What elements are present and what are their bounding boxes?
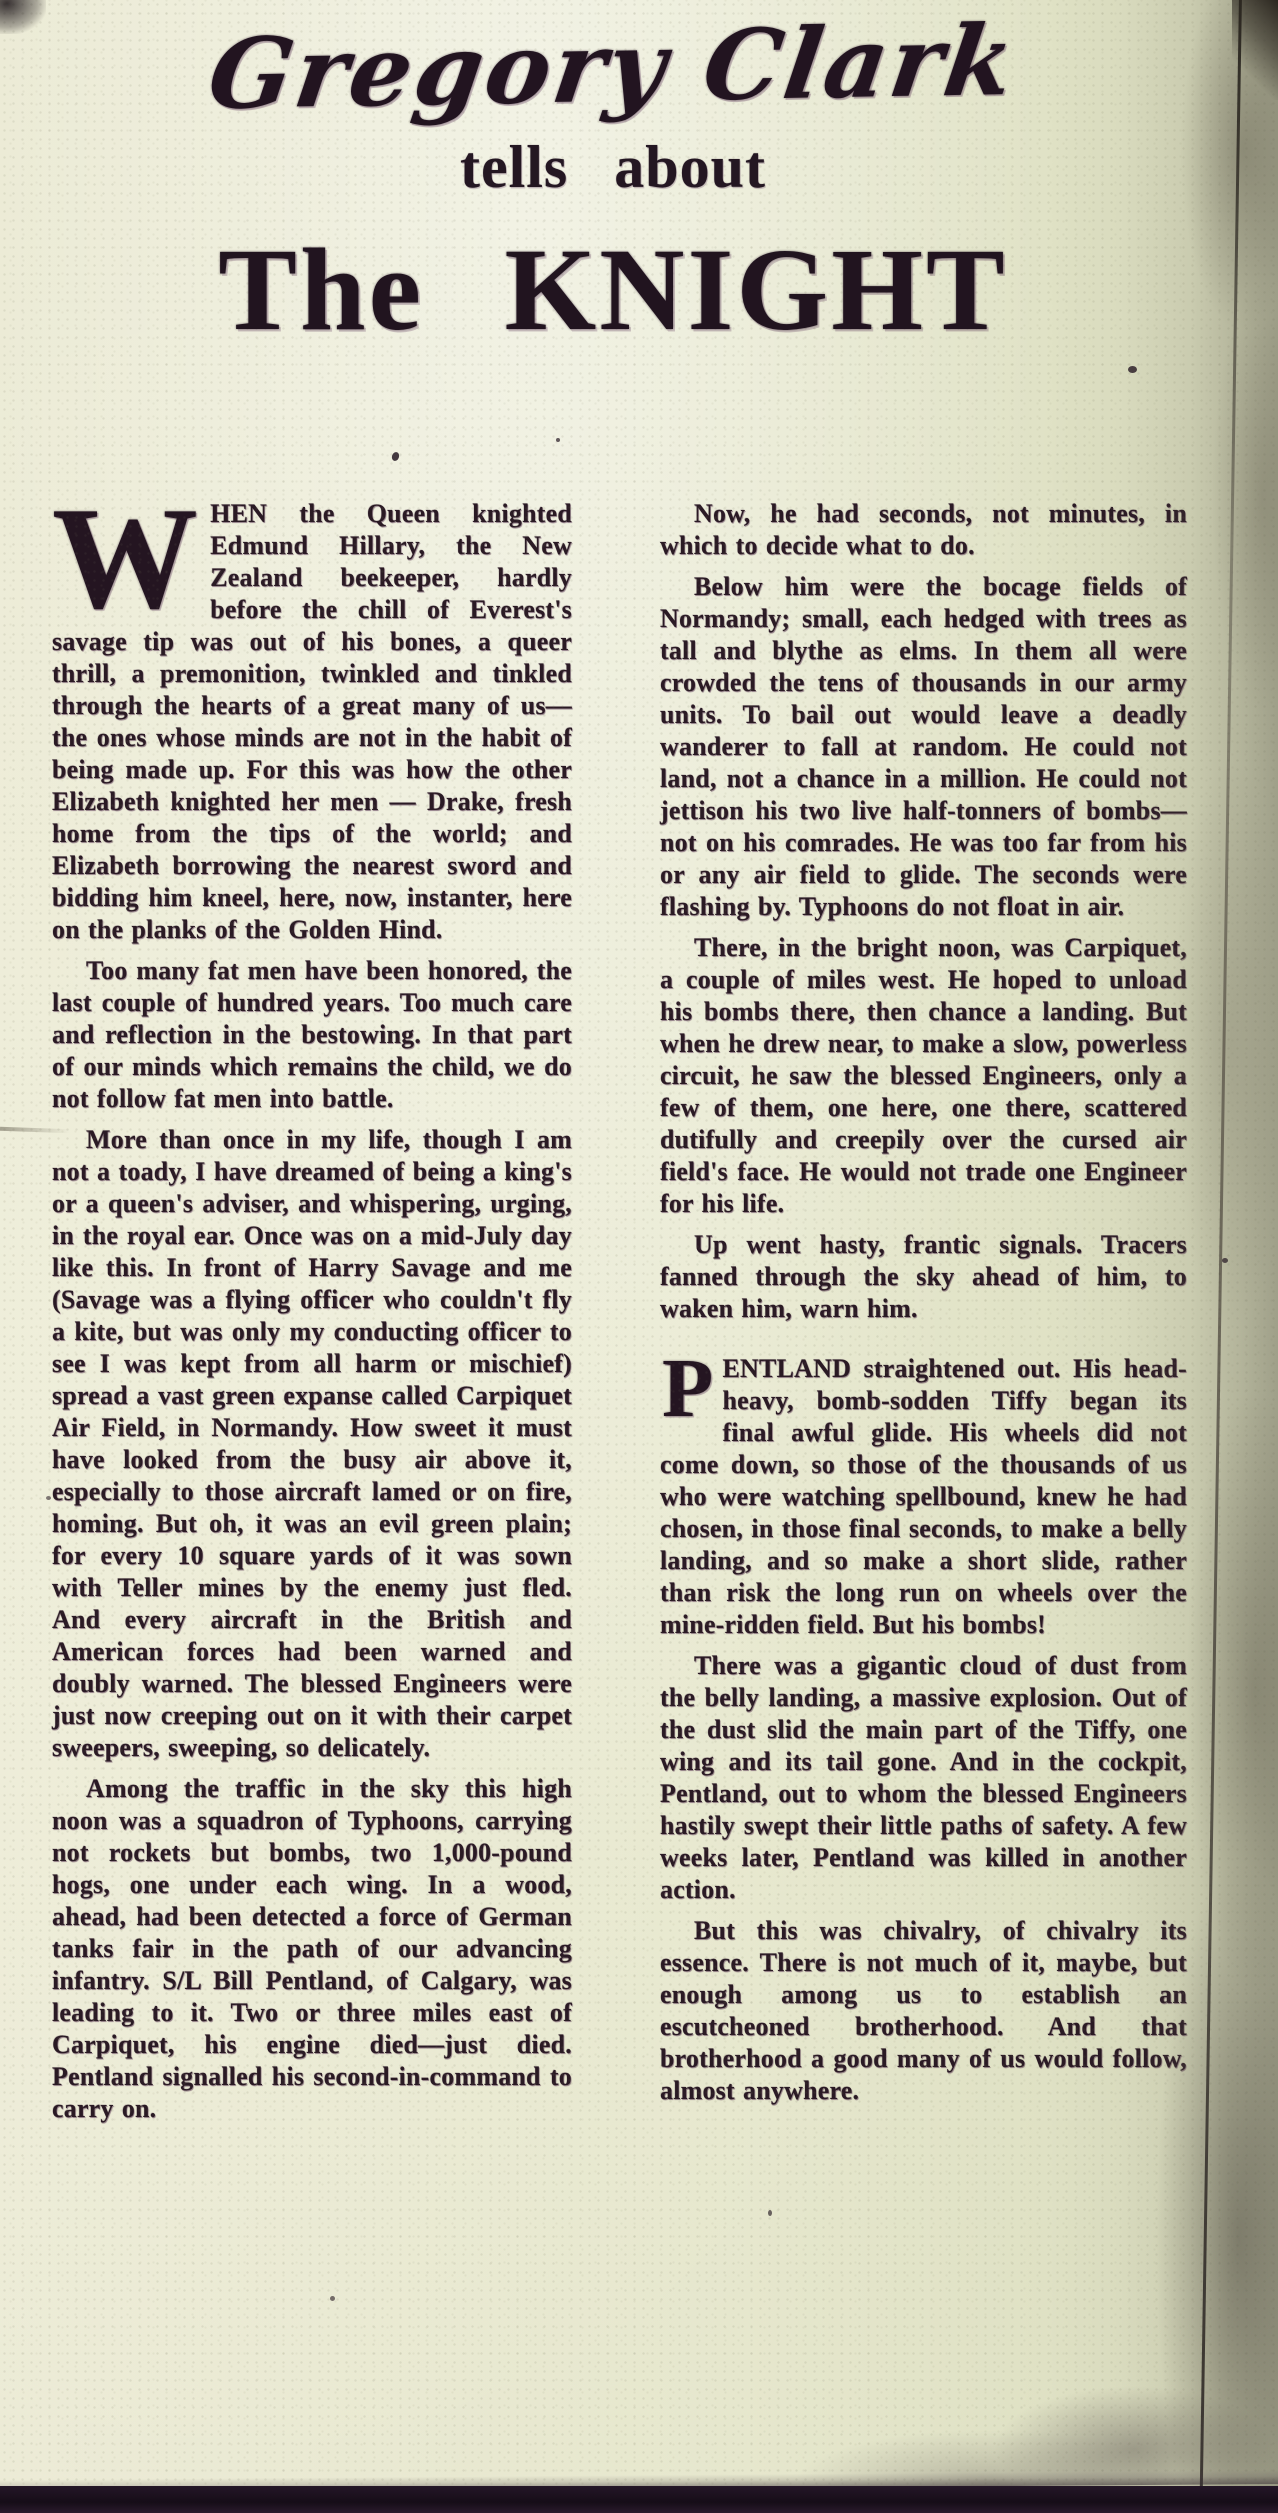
paragraph-fat-men: Too many fat men have been honored, the … — [52, 955, 572, 1115]
paragraph-seconds-to-decide: Now, he had seconds, not minutes, in whi… — [660, 498, 1187, 562]
paragraph-text: Below him were the bocage fields of Norm… — [660, 572, 1187, 921]
article-header: Gregory Clark tells about The KNIGHT — [28, 0, 1198, 498]
scan-grime-bottom-right — [798, 2273, 1278, 2493]
paragraph-bocage-fields: Below him were the bocage fields of Norm… — [660, 571, 1187, 923]
paragraph-chivalry: But this was chivalry, of chivalry its e… — [660, 1915, 1187, 2107]
paragraph-text: There, in the bright noon, was Carpiquet… — [660, 933, 1187, 1218]
paragraph-carpiquet-field: More than once in my life, though I am n… — [52, 1124, 572, 1764]
newspaper-clipping-scan: Gregory Clark tells about The KNIGHT WHE… — [0, 0, 1278, 2513]
drop-cap-p: P — [660, 1353, 723, 1418]
paragraph-text: Too many fat men have been honored, the … — [52, 956, 572, 1113]
paragraph-text: Among the traffic in the sky this high n… — [52, 1774, 572, 2123]
drop-cap-w: W — [52, 498, 210, 608]
paragraph-text: There was a gigantic cloud of dust from … — [660, 1651, 1187, 1904]
article-tagline: tells about — [28, 137, 1198, 197]
paragraph-cloud-of-dust: There was a gigantic cloud of dust from … — [660, 1650, 1187, 1906]
article-headline: The KNIGHT — [28, 231, 1198, 349]
scan-shadow-above-band — [0, 2470, 1278, 2494]
ink-speck — [768, 2210, 772, 2216]
paragraph-text: But this was chivalry, of chivalry its e… — [660, 1916, 1187, 2105]
paragraph-pentland-glide: PENTLAND straightened out. His head-heav… — [660, 1353, 1187, 1641]
scan-bottom-dark-band — [0, 2486, 1278, 2513]
paragraph-text: Now, he had seconds, not minutes, in whi… — [660, 499, 1187, 560]
article-columns: WHEN the Queen knighted Edmund Hillary, … — [0, 498, 1278, 2134]
ink-speck — [330, 2296, 335, 2301]
left-column: WHEN the Queen knighted Edmund Hillary, … — [52, 498, 572, 2134]
paragraph-text: ENTLAND straightened out. His head-heavy… — [660, 1354, 1187, 1639]
right-column: Now, he had seconds, not minutes, in whi… — [660, 498, 1187, 2116]
author-script-title: Gregory Clark — [203, 7, 1024, 128]
paragraph-queen-knighted: WHEN the Queen knighted Edmund Hillary, … — [52, 498, 572, 946]
paragraph-typhoon-squadron: Among the traffic in the sky this high n… — [52, 1773, 572, 2125]
paragraph-frantic-signals: Up went hasty, frantic signals. Tracers … — [660, 1229, 1187, 1325]
scan-corner-dark-top-right — [1232, 0, 1278, 100]
paragraph-text: Up went hasty, frantic signals. Tracers … — [660, 1230, 1187, 1323]
paragraph-text: More than once in my life, though I am n… — [52, 1125, 572, 1762]
paragraph-bright-noon: There, in the bright noon, was Carpiquet… — [660, 932, 1187, 1220]
